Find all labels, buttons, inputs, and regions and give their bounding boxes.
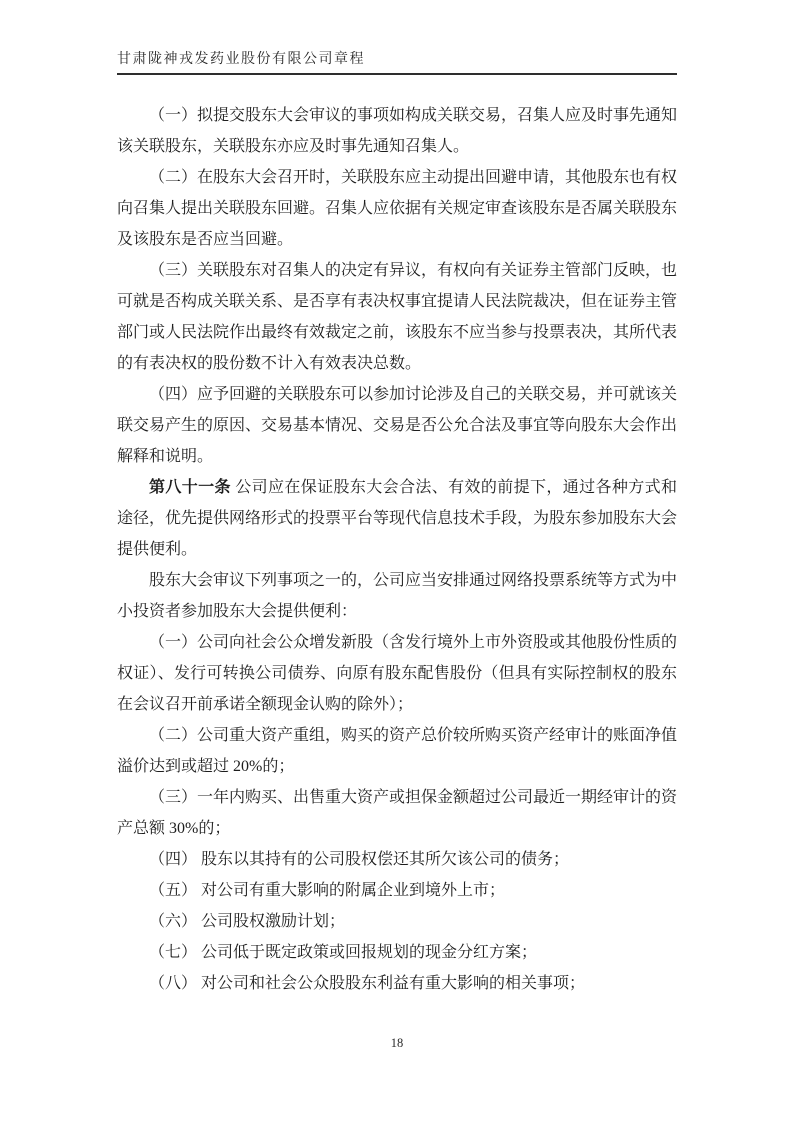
article-number: 第八十一条 <box>149 479 231 496</box>
paragraph-list2-item-3: （三）一年内购买、出售重大资产或担保金额超过公司最近一期经审计的资产总额 30%… <box>117 782 677 844</box>
page-header: 甘肃陇神戎发药业股份有限公司章程 <box>117 52 677 75</box>
paragraph-intro-network-voting: 股东大会审议下列事项之一的，公司应当安排通过网络投票系统等方式为中小投资者参加股… <box>117 565 677 627</box>
paragraph-article-81: 第八十一条 公司应在保证股东大会合法、有效的前提下，通过各种方式和途径，优先提供… <box>117 472 677 565</box>
paragraph-list2-item-8: （八） 对公司和社会公众股股东利益有重大影响的相关事项； <box>117 968 677 999</box>
page-number: 18 <box>391 1036 404 1050</box>
document-body: （一）拟提交股东大会审议的事项如构成关联交易，召集人应及时事先通知该关联股东，关… <box>117 100 677 999</box>
paragraph-item-4: （四）应予回避的关联股东可以参加讨论涉及自己的关联交易，并可就该关联交易产生的原… <box>117 379 677 472</box>
paragraph-list2-item-1: （一）公司向社会公众增发新股（含发行境外上市外资股或其他股份性质的权证）、发行可… <box>117 627 677 720</box>
paragraph-item-1: （一）拟提交股东大会审议的事项如构成关联交易，召集人应及时事先通知该关联股东，关… <box>117 100 677 162</box>
document-page: 甘肃陇神戎发药业股份有限公司章程 （一）拟提交股东大会审议的事项如构成关联交易，… <box>0 0 794 1122</box>
paragraph-list2-item-7: （七） 公司低于既定政策或回报规划的现金分红方案； <box>117 937 677 968</box>
paragraph-list2-item-2: （二）公司重大资产重组，购买的资产总价较所购买资产经审计的账面净值溢价达到或超过… <box>117 720 677 782</box>
paragraph-list2-item-5: （五） 对公司有重大影响的附属企业到境外上市； <box>117 875 677 906</box>
paragraph-item-3: （三）关联股东对召集人的决定有异议，有权向有关证券主管部门反映，也可就是否构成关… <box>117 255 677 379</box>
header-title: 甘肃陇神戎发药业股份有限公司章程 <box>117 52 677 68</box>
paragraph-list2-item-4: （四） 股东以其持有的公司股权偿还其所欠该公司的债务； <box>117 844 677 875</box>
paragraph-item-2: （二）在股东大会召开时，关联股东应主动提出回避申请，其他股东也有权向召集人提出关… <box>117 162 677 255</box>
page-footer: 18 <box>0 1036 794 1051</box>
paragraph-list2-item-6: （六） 公司股权激励计划； <box>117 906 677 937</box>
